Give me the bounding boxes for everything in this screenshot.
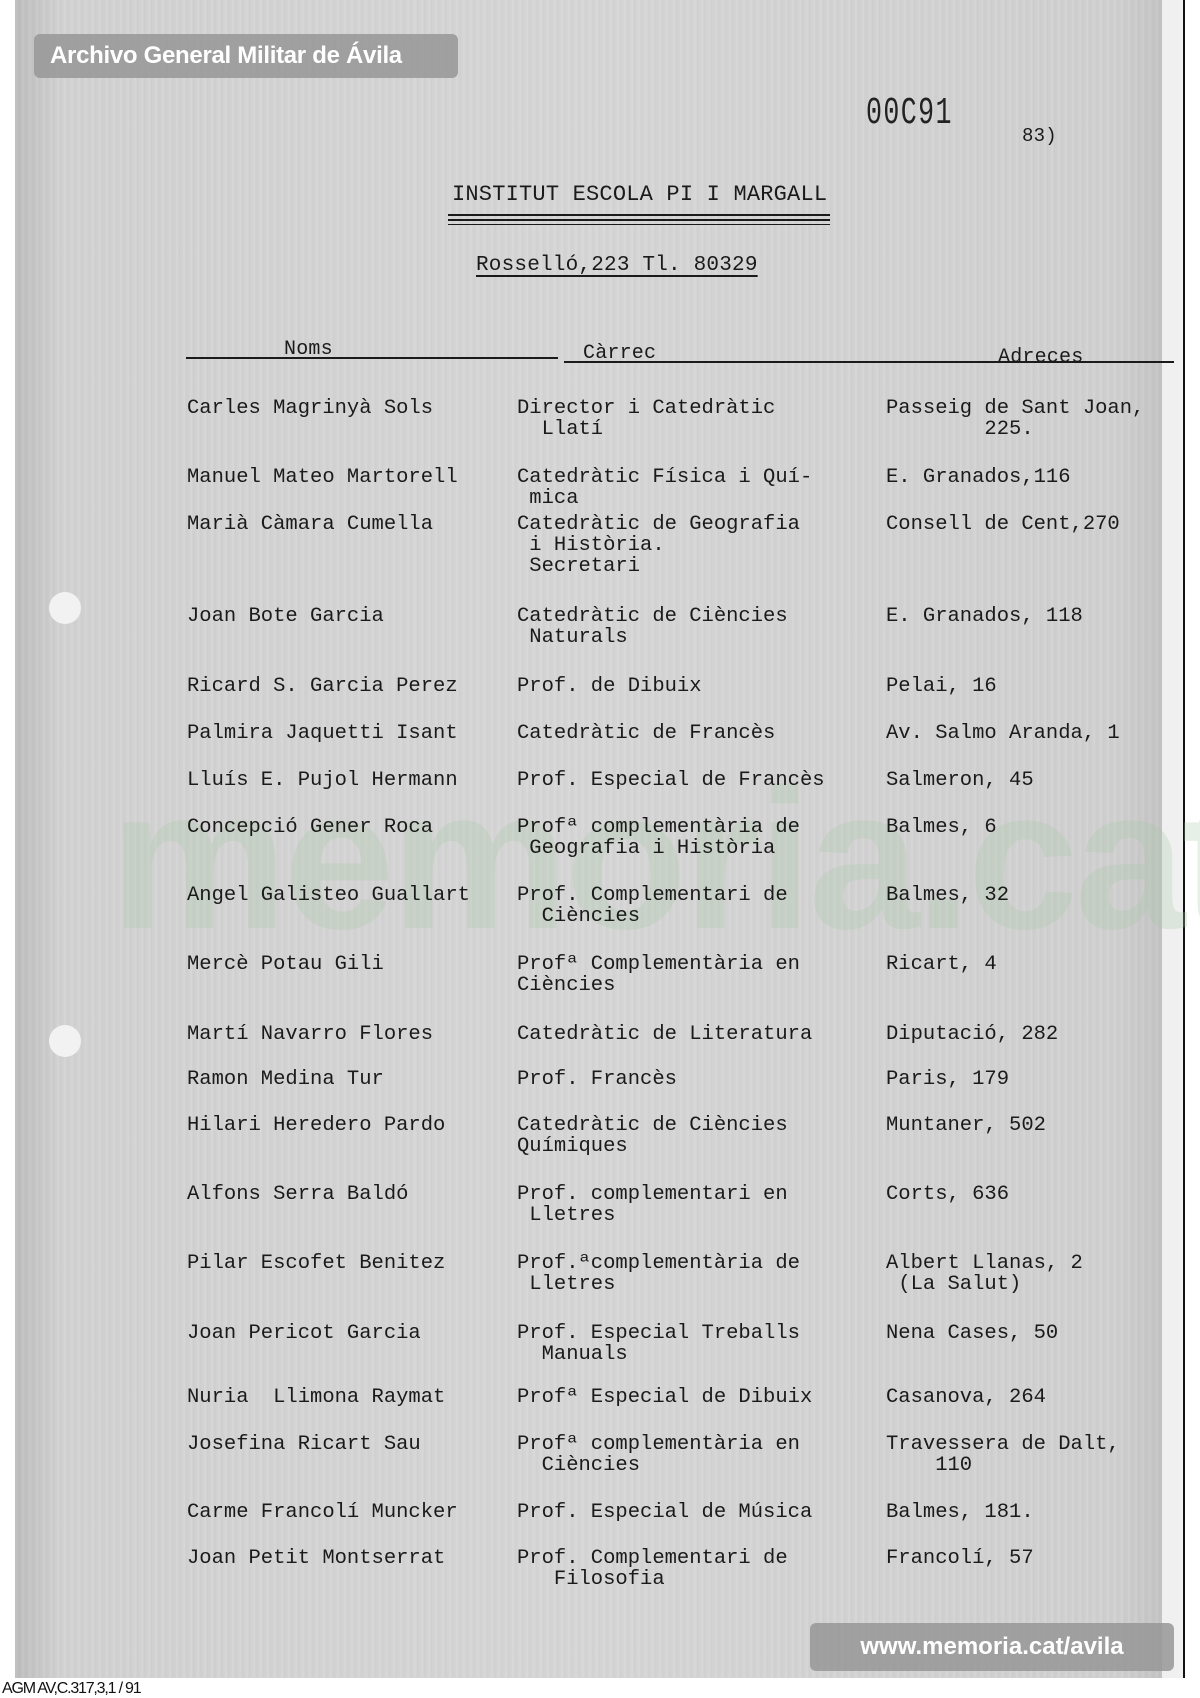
- staff-name: Ramon Medina Tur: [187, 1069, 384, 1090]
- staff-address: Ricart, 4: [886, 954, 997, 975]
- staff-address: Balmes, 6: [886, 817, 997, 838]
- staff-address: Balmes, 181.: [886, 1502, 1034, 1523]
- staff-name: Concepció Gener Roca: [187, 817, 433, 838]
- staff-role: Catedràtic de Literatura: [517, 1024, 812, 1045]
- staff-role: Prof. de Dibuix: [517, 676, 702, 697]
- staff-address: Pelai, 16: [886, 676, 997, 697]
- staff-role: Catedràtic de Ciències Químiques: [517, 1115, 788, 1157]
- staff-address: Albert Llanas, 2 (La Salut): [886, 1253, 1083, 1295]
- staff-address: Diputació, 282: [886, 1024, 1058, 1045]
- staff-role: Profª Especial de Dibuix: [517, 1387, 812, 1408]
- staff-name: Lluís E. Pujol Hermann: [187, 770, 458, 791]
- staff-address: Nena Cases, 50: [886, 1323, 1058, 1344]
- staff-role: Prof. Francès: [517, 1069, 677, 1090]
- staff-name: Nuria Llimona Raymat: [187, 1387, 445, 1408]
- staff-name: Carme Francolí Muncker: [187, 1502, 458, 1523]
- staff-name: Palmira Jaquetti Isant: [187, 723, 458, 744]
- staff-address: Muntaner, 502: [886, 1115, 1046, 1136]
- staff-role: Profª complementària de Geografia i Hist…: [517, 817, 800, 859]
- institution-title: INSTITUT ESCOLA PI I MARGALL: [452, 182, 827, 207]
- staff-address: Balmes, 32: [886, 885, 1009, 906]
- institution-address: Rosselló,223 Tl. 80329: [476, 254, 758, 277]
- title-underline: [448, 224, 830, 225]
- staff-name: Joan Pericot Garcia: [187, 1323, 421, 1344]
- staff-address: Paris, 179: [886, 1069, 1009, 1090]
- staff-role: Catedràtic de Francès: [517, 723, 775, 744]
- staff-address: Travessera de Dalt, 110: [886, 1434, 1120, 1476]
- staff-address: Casanova, 264: [886, 1387, 1046, 1408]
- website-badge: www.memoria.cat/avila: [810, 1623, 1174, 1671]
- staff-role: Director i Catedràtic Llatí: [517, 398, 775, 440]
- staff-role: Catedràtic Física i Quí- mica: [517, 467, 812, 509]
- archive-reference-caption: AGM AV,C.317,3,1 / 91: [2, 1680, 140, 1698]
- staff-address: E. Granados, 118: [886, 606, 1083, 627]
- header-rule: [186, 357, 558, 359]
- punch-hole: [49, 592, 81, 624]
- staff-name: Ricard S. Garcia Perez: [187, 676, 458, 697]
- staff-role: Prof.ªcomplementària de Lletres: [517, 1253, 800, 1295]
- staff-role: Profª Complementària en Ciències: [517, 954, 800, 996]
- title-underline: [448, 214, 830, 216]
- staff-address: Passeig de Sant Joan, 225.: [886, 398, 1144, 440]
- staff-role: Prof. Especial de Música: [517, 1502, 812, 1523]
- staff-role: Prof. Complementari de Filosofia: [517, 1548, 788, 1590]
- page-border: [1183, 0, 1185, 1678]
- header-rule: [564, 361, 1174, 363]
- staff-name: Martí Navarro Flores: [187, 1024, 433, 1045]
- page-margin-strip: [1162, 0, 1183, 1678]
- staff-name: Joan Bote Garcia: [187, 606, 384, 627]
- staff-name: Mercè Potau Gili: [187, 954, 384, 975]
- staff-address: Salmeron, 45: [886, 770, 1034, 791]
- staff-address: Consell de Cent,270: [886, 514, 1120, 535]
- punch-hole: [49, 1025, 81, 1057]
- staff-name: Pilar Escofet Benitez: [187, 1253, 445, 1274]
- staff-name: Alfons Serra Baldó: [187, 1184, 408, 1205]
- staff-name: Joan Petit Montserrat: [187, 1548, 445, 1569]
- folio-stamp: 00C91: [866, 92, 953, 135]
- column-header-adreces: Adreces: [998, 346, 1083, 369]
- page-reference: 83): [1022, 125, 1057, 147]
- staff-name: Josefina Ricart Sau: [187, 1434, 421, 1455]
- staff-name: Hilari Heredero Pardo: [187, 1115, 445, 1136]
- staff-name: Angel Galisteo Guallart: [187, 885, 470, 906]
- staff-name: Manuel Mateo Martorell: [187, 467, 458, 488]
- staff-name: Marià Càmara Cumella: [187, 514, 433, 535]
- staff-address: E. Granados,116: [886, 467, 1071, 488]
- staff-address: Francolí, 57: [886, 1548, 1034, 1569]
- staff-role: Prof. Especial de Francès: [517, 770, 825, 791]
- staff-address: Corts, 636: [886, 1184, 1009, 1205]
- archive-badge: Archivo General Militar de Ávila: [34, 34, 458, 78]
- staff-role: Prof. complementari en Lletres: [517, 1184, 788, 1226]
- staff-role: Profª complementària en Ciències: [517, 1434, 800, 1476]
- staff-address: Av. Salmo Aranda, 1: [886, 723, 1120, 744]
- staff-role: Catedràtic de Ciències Naturals: [517, 606, 788, 648]
- staff-role: Prof. Especial Treballs Manuals: [517, 1323, 800, 1365]
- staff-name: Carles Magrinyà Sols: [187, 398, 433, 419]
- staff-role: Prof. Complementari de Ciències: [517, 885, 788, 927]
- staff-role: Catedràtic de Geografia i Història. Secr…: [517, 514, 800, 577]
- title-underline: [448, 219, 830, 221]
